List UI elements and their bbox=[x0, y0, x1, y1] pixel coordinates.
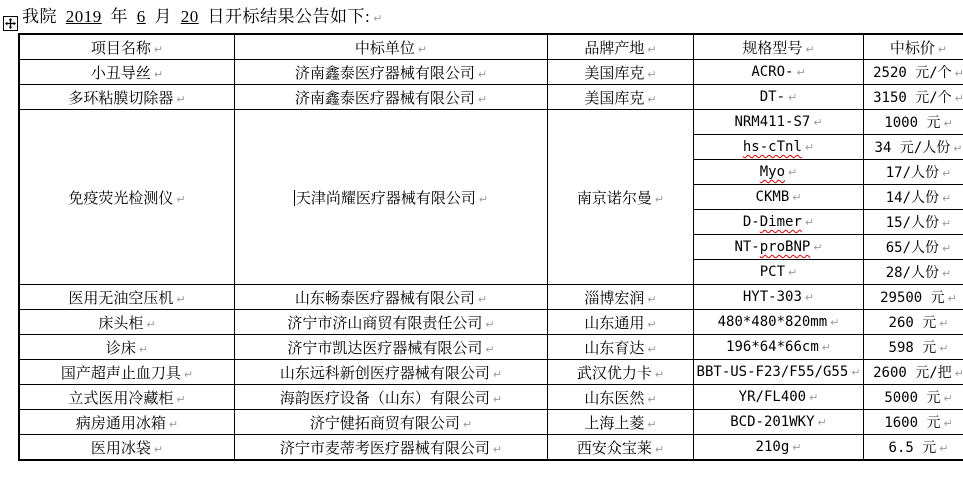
end-of-cell-mark: ↵ bbox=[154, 43, 163, 56]
cell-winning-bidder[interactable]: 济宁市凯达医疗器械有限公司↵ bbox=[235, 335, 548, 360]
cell-text: 山东通用 bbox=[584, 316, 644, 332]
end-of-cell-mark: ↵ bbox=[830, 316, 839, 329]
cell-text: 国产超声止血刀具 bbox=[61, 366, 181, 382]
end-of-cell-mark: ↵ bbox=[493, 393, 502, 406]
cell-project-name[interactable]: 床头柜↵ bbox=[19, 310, 235, 335]
end-of-cell-mark: ↵ bbox=[805, 43, 814, 56]
col-header-project-name[interactable]: 项目名称↵ bbox=[19, 34, 235, 60]
cell-text: 3150 元/个 bbox=[873, 90, 952, 106]
end-of-cell-mark: ↵ bbox=[953, 142, 962, 155]
title-text: 我院 bbox=[22, 7, 62, 26]
cell-project-name[interactable]: 医用冰袋↵ bbox=[19, 435, 235, 461]
cell-text: 济宁市麦蒂考医疗器械有限公司 bbox=[280, 441, 490, 457]
title-text: 年 bbox=[106, 7, 133, 26]
title-text: 月 bbox=[150, 7, 177, 26]
cell-text: 上海上菱 bbox=[584, 416, 644, 432]
cell-text: 17/人份 bbox=[886, 165, 939, 181]
cell-text: 淄博宏润 bbox=[584, 291, 644, 307]
end-of-cell-mark: ↵ bbox=[851, 366, 860, 379]
cell-text: 济南鑫泰医疗器械有限公司 bbox=[295, 91, 475, 107]
end-of-cell-mark: ↵ bbox=[805, 141, 814, 154]
cell-winning-price[interactable]: 65/人份↵ bbox=[864, 235, 963, 260]
cell-brand-origin[interactable]: 南京诺尔曼↵ bbox=[548, 110, 694, 285]
cell-text: 65/人份 bbox=[886, 240, 939, 256]
cell-text: 小丑导丝 bbox=[91, 66, 151, 82]
cell-winning-price[interactable]: 5000 元↵ bbox=[864, 385, 963, 410]
cell-text: 立式医用冷藏柜 bbox=[68, 391, 173, 407]
cell-spec-model[interactable]: YR/FL400↵ bbox=[694, 385, 864, 410]
end-of-cell-mark: ↵ bbox=[955, 92, 963, 105]
cell-text: DT- bbox=[760, 89, 785, 105]
cell-text: 济宁市济山商贸有限责任公司 bbox=[287, 316, 482, 332]
table-move-handle[interactable] bbox=[3, 16, 18, 31]
cell-text: 南京诺尔曼 bbox=[577, 191, 652, 207]
cell-project-name[interactable]: 诊床↵ bbox=[19, 335, 235, 360]
cell-winning-bidder[interactable]: 济南鑫泰医疗器械有限公司↵ bbox=[235, 60, 548, 85]
cell-spec-model[interactable]: HYT-303↵ bbox=[694, 285, 864, 310]
end-of-cell-mark: ↵ bbox=[647, 318, 656, 331]
cell-text: 济南鑫泰医疗器械有限公司 bbox=[295, 66, 475, 82]
cell-winning-price[interactable]: 34 元/人份↵ bbox=[864, 135, 963, 160]
table-row: 免疫荧光检测仪↵天津尚耀医疗器械有限公司↵南京诺尔曼↵NRM411-S7↵100… bbox=[19, 110, 963, 135]
cell-winning-price[interactable]: 28/人份↵ bbox=[864, 260, 963, 285]
end-of-cell-mark: ↵ bbox=[647, 393, 656, 406]
header-row: 项目名称↵中标单位↵品牌产地↵规格型号↵中标价↵ bbox=[19, 34, 963, 60]
end-of-cell-mark: ↵ bbox=[809, 391, 818, 404]
end-of-cell-mark: ↵ bbox=[939, 342, 948, 355]
cell-text: 济宁健拓商贸有限公司 bbox=[310, 416, 460, 432]
end-of-cell-mark: ↵ bbox=[788, 266, 797, 279]
cell-project-name[interactable]: 医用无油空压机↵ bbox=[19, 285, 235, 310]
cell-text: 多环粘膜切除器 bbox=[68, 91, 173, 107]
end-of-cell-mark: ↵ bbox=[942, 192, 951, 205]
document-title[interactable]: 我院 2019 年 6 月 20 日开标结果公告如下:↵ bbox=[22, 2, 383, 26]
table-row: 医用冰袋↵济宁市麦蒂考医疗器械有限公司↵西安众宝莱↵210g↵6.5 元↵ bbox=[19, 435, 963, 461]
end-of-cell-mark: ↵ bbox=[463, 418, 472, 431]
cell-brand-origin[interactable]: 美国库克↵ bbox=[548, 85, 694, 110]
cell-text: 美国库克 bbox=[584, 91, 644, 107]
cell-text: BCD-201WKY bbox=[730, 414, 814, 430]
cell-text: 2520 元/个 bbox=[873, 65, 952, 81]
end-of-cell-mark: ↵ bbox=[939, 442, 948, 455]
spellcheck-underline: hs-cTnl bbox=[743, 139, 802, 155]
title-underlined-value: 6 bbox=[133, 7, 150, 26]
cell-text: 济宁市凯达医疗器械有限公司 bbox=[287, 341, 482, 357]
cell-text: 山东畅泰医疗器械有限公司 bbox=[295, 291, 475, 307]
end-of-cell-mark: ↵ bbox=[647, 68, 656, 81]
cell-winning-price[interactable]: 2600 元/把↵ bbox=[864, 360, 963, 385]
cell-winning-bidder[interactable]: 济宁市济山商贸有限责任公司↵ bbox=[235, 310, 548, 335]
end-of-cell-mark: ↵ bbox=[655, 193, 664, 206]
cell-text: 天津尚耀医疗器械有限公司 bbox=[296, 191, 476, 207]
end-of-cell-mark: ↵ bbox=[942, 167, 951, 180]
end-of-cell-mark: ↵ bbox=[479, 193, 488, 206]
title-underlined-value: 20 bbox=[177, 7, 203, 26]
cell-project-name[interactable]: 立式医用冷藏柜↵ bbox=[19, 385, 235, 410]
cell-brand-origin[interactable]: 武汉优力卡↵ bbox=[548, 360, 694, 385]
table-row: 医用无油空压机↵山东畅泰医疗器械有限公司↵淄博宏润↵HYT-303↵29500 … bbox=[19, 285, 963, 310]
cell-text: HYT-303 bbox=[743, 289, 802, 305]
cell-text: hs-cTnl bbox=[743, 139, 802, 155]
end-of-cell-mark: ↵ bbox=[788, 91, 797, 104]
end-of-cell-mark: ↵ bbox=[943, 392, 952, 405]
cell-text: 260 元 bbox=[889, 315, 937, 331]
col-header-spec-model[interactable]: 规格型号↵ bbox=[694, 34, 864, 60]
cell-spec-model[interactable]: CKMB↵ bbox=[694, 185, 864, 210]
table-row: 立式医用冷藏柜↵海韵医疗设备（山东）有限公司↵山东医然↵YR/FL400↵500… bbox=[19, 385, 963, 410]
cell-text: 6.5 元 bbox=[889, 440, 937, 456]
end-of-cell-mark: ↵ bbox=[943, 417, 952, 430]
cell-spec-model[interactable]: 480*480*820mm↵ bbox=[694, 310, 864, 335]
end-of-cell-mark: ↵ bbox=[948, 292, 957, 305]
cell-spec-model[interactable]: PCT↵ bbox=[694, 260, 864, 285]
cell-winning-bidder[interactable]: 济宁市麦蒂考医疗器械有限公司↵ bbox=[235, 435, 548, 461]
cell-text: 1000 元 bbox=[884, 115, 940, 131]
end-of-cell-mark: ↵ bbox=[139, 343, 148, 356]
cell-text: 196*64*66cm bbox=[726, 339, 819, 355]
cell-winning-price[interactable]: 17/人份↵ bbox=[864, 160, 963, 185]
cell-text: BBT-US-F23/F55/G55 bbox=[697, 364, 849, 380]
end-of-cell-mark: ↵ bbox=[792, 191, 801, 204]
end-of-cell-mark: ↵ bbox=[485, 318, 494, 331]
col-header-winning-bidder[interactable]: 中标单位↵ bbox=[235, 34, 548, 60]
end-of-cell-mark: ↵ bbox=[655, 368, 664, 381]
end-of-cell-mark: ↵ bbox=[647, 418, 656, 431]
cell-text: 山东远科新创医疗器械有限公司 bbox=[280, 366, 490, 382]
cell-text: YR/FL400 bbox=[739, 389, 806, 405]
end-of-cell-mark: ↵ bbox=[647, 43, 656, 56]
cell-text: 29500 元 bbox=[880, 290, 945, 306]
cell-text: NT-proBNP bbox=[734, 239, 810, 255]
end-of-cell-mark: ↵ bbox=[146, 318, 155, 331]
end-of-cell-mark: ↵ bbox=[154, 443, 163, 456]
cell-text: 中标价 bbox=[890, 41, 935, 57]
cell-text: 病房通用冰箱 bbox=[76, 416, 166, 432]
cell-text: 1600 元 bbox=[884, 415, 940, 431]
cell-winning-bidder[interactable]: 济宁健拓商贸有限公司↵ bbox=[235, 410, 548, 435]
table-row: 小丑导丝↵济南鑫泰医疗器械有限公司↵美国库克↵ACRO-↵2520 元/个↵ bbox=[19, 60, 963, 85]
cell-winning-price[interactable]: 1600 元↵ bbox=[864, 410, 963, 435]
cell-text: NRM411-S7 bbox=[734, 114, 810, 130]
cell-text: PCT bbox=[760, 264, 785, 280]
end-of-cell-mark: ↵ bbox=[939, 317, 948, 330]
cell-project-name[interactable]: 国产超声止血刀具↵ bbox=[19, 360, 235, 385]
cell-text: 2600 元/把 bbox=[873, 365, 952, 381]
cell-text: Myo bbox=[760, 164, 785, 180]
end-of-cell-mark: ↵ bbox=[813, 116, 822, 129]
cell-text: 480*480*820mm bbox=[718, 314, 828, 330]
end-of-cell-mark: ↵ bbox=[788, 166, 797, 179]
cell-text: ACRO- bbox=[751, 64, 793, 80]
cell-text: 规格型号 bbox=[742, 41, 802, 57]
end-of-cell-mark: ↵ bbox=[818, 416, 827, 429]
title-text: 日开标结果公告如下: bbox=[203, 7, 370, 26]
cell-brand-origin[interactable]: 山东育达↵ bbox=[548, 335, 694, 360]
end-of-cell-mark: ↵ bbox=[805, 216, 814, 229]
cell-text: 34 元/人份 bbox=[875, 140, 951, 156]
end-of-cell-mark: ↵ bbox=[792, 441, 801, 454]
cell-winning-bidder[interactable]: 天津尚耀医疗器械有限公司↵ bbox=[235, 110, 548, 285]
cell-winning-price[interactable]: 1000 元↵ bbox=[864, 110, 963, 135]
col-header-winning-price[interactable]: 中标价↵ bbox=[864, 34, 963, 60]
end-of-cell-mark: ↵ bbox=[813, 241, 822, 254]
cell-winning-bidder[interactable]: 海韵医疗设备（山东）有限公司↵ bbox=[235, 385, 548, 410]
table-row: 诊床↵济宁市凯达医疗器械有限公司↵山东育达↵196*64*66cm↵598 元↵ bbox=[19, 335, 963, 360]
cell-spec-model[interactable]: BBT-US-F23/F55/G55↵ bbox=[694, 360, 864, 385]
cell-text: 品牌产地 bbox=[584, 41, 644, 57]
cell-project-name[interactable]: 病房通用冰箱↵ bbox=[19, 410, 235, 435]
end-of-cell-mark: ↵ bbox=[169, 418, 178, 431]
cell-brand-origin[interactable]: 淄博宏润↵ bbox=[548, 285, 694, 310]
cell-winning-price[interactable]: 29500 元↵ bbox=[864, 285, 963, 310]
end-of-cell-mark: ↵ bbox=[955, 67, 963, 80]
end-of-cell-mark: ↵ bbox=[822, 341, 831, 354]
end-of-cell-mark: ↵ bbox=[938, 43, 947, 56]
cell-winning-bidder[interactable]: 山东远科新创医疗器械有限公司↵ bbox=[235, 360, 548, 385]
cell-text: D-Dimer bbox=[743, 214, 802, 230]
cell-winning-price[interactable]: 14/人份↵ bbox=[864, 185, 963, 210]
end-of-cell-mark: ↵ bbox=[942, 267, 951, 280]
end-of-cell-mark: ↵ bbox=[418, 43, 427, 56]
move-arrows-icon bbox=[5, 18, 16, 29]
title-underlined-value: 2019 bbox=[62, 7, 106, 26]
end-of-cell-mark: ↵ bbox=[184, 368, 193, 381]
cell-winning-bidder[interactable]: 山东畅泰医疗器械有限公司↵ bbox=[235, 285, 548, 310]
end-of-cell-mark: ↵ bbox=[655, 443, 664, 456]
end-of-cell-mark: ↵ bbox=[647, 93, 656, 106]
cell-project-name[interactable]: 小丑导丝↵ bbox=[19, 60, 235, 85]
end-of-cell-mark: ↵ bbox=[943, 117, 952, 130]
cell-text: 美国库克 bbox=[584, 66, 644, 82]
end-of-cell-mark: ↵ bbox=[478, 93, 487, 106]
cell-text: 诊床 bbox=[106, 341, 136, 357]
end-of-cell-mark: ↵ bbox=[796, 66, 805, 79]
spellcheck-underline: Myo bbox=[760, 164, 785, 180]
cell-text: 医用冰袋 bbox=[91, 441, 151, 457]
end-of-cell-mark: ↵ bbox=[805, 291, 814, 304]
cell-brand-origin[interactable]: 山东医然↵ bbox=[548, 385, 694, 410]
cell-brand-origin[interactable]: 西安众宝莱↵ bbox=[548, 435, 694, 461]
cell-text: 山东医然 bbox=[584, 391, 644, 407]
end-of-cell-mark: ↵ bbox=[485, 343, 494, 356]
cell-winning-price[interactable]: 260 元↵ bbox=[864, 310, 963, 335]
cell-text: 5000 元 bbox=[884, 390, 940, 406]
end-of-cell-mark: ↵ bbox=[373, 12, 383, 25]
cell-text: 床头柜 bbox=[98, 316, 143, 332]
cell-text: 598 元 bbox=[889, 340, 937, 356]
cell-winning-price[interactable]: 6.5 元↵ bbox=[864, 435, 963, 461]
end-of-cell-mark: ↵ bbox=[942, 217, 951, 230]
cell-text: 西安众宝莱 bbox=[577, 441, 652, 457]
cell-spec-model[interactable]: DT-↵ bbox=[694, 85, 864, 110]
cell-spec-model[interactable]: ACRO-↵ bbox=[694, 60, 864, 85]
cell-spec-model[interactable]: Myo↵ bbox=[694, 160, 864, 185]
cell-text: 武汉优力卡 bbox=[577, 366, 652, 382]
cell-winning-bidder[interactable]: 济南鑫泰医疗器械有限公司↵ bbox=[235, 85, 548, 110]
cell-text: 免疫荧光检测仪 bbox=[68, 191, 173, 207]
end-of-cell-mark: ↵ bbox=[176, 393, 185, 406]
end-of-cell-mark: ↵ bbox=[942, 242, 951, 255]
document-page: { "title": { "segments": [ {"t": "我院 "},… bbox=[0, 0, 963, 483]
cell-spec-model[interactable]: hs-cTnl↵ bbox=[694, 135, 864, 160]
cell-spec-model[interactable]: D-Dimer↵ bbox=[694, 210, 864, 235]
cell-spec-model[interactable]: NRM411-S7↵ bbox=[694, 110, 864, 135]
table-row: 多环粘膜切除器↵济南鑫泰医疗器械有限公司↵美国库克↵DT-↵3150 元/个↵ bbox=[19, 85, 963, 110]
cell-text: 28/人份 bbox=[886, 265, 939, 281]
cell-winning-price[interactable]: 2520 元/个↵ bbox=[864, 60, 963, 85]
table-body: 小丑导丝↵济南鑫泰医疗器械有限公司↵美国库克↵ACRO-↵2520 元/个↵多环… bbox=[19, 60, 963, 461]
cell-text: 中标单位 bbox=[355, 41, 415, 57]
text-cursor bbox=[294, 190, 295, 206]
cell-text: 14/人份 bbox=[886, 190, 939, 206]
table-row: 床头柜↵济宁市济山商贸有限责任公司↵山东通用↵480*480*820mm↵260… bbox=[19, 310, 963, 335]
cell-winning-price[interactable]: 3150 元/个↵ bbox=[864, 85, 963, 110]
cell-text: 210g bbox=[756, 439, 790, 455]
cell-text: 项目名称 bbox=[91, 41, 151, 57]
end-of-cell-mark: ↵ bbox=[493, 368, 502, 381]
end-of-cell-mark: ↵ bbox=[478, 293, 487, 306]
end-of-cell-mark: ↵ bbox=[955, 367, 963, 380]
table-row: 国产超声止血刀具↵山东远科新创医疗器械有限公司↵武汉优力卡↵BBT-US-F23… bbox=[19, 360, 963, 385]
bid-results-table: 项目名称↵中标单位↵品牌产地↵规格型号↵中标价↵ 小丑导丝↵济南鑫泰医疗器械有限… bbox=[18, 33, 963, 461]
cell-spec-model[interactable]: 196*64*66cm↵ bbox=[694, 335, 864, 360]
end-of-cell-mark: ↵ bbox=[647, 343, 656, 356]
cell-text: CKMB bbox=[756, 189, 790, 205]
end-of-cell-mark: ↵ bbox=[478, 68, 487, 81]
cell-spec-model[interactable]: NT-proBNP↵ bbox=[694, 235, 864, 260]
col-header-brand-origin[interactable]: 品牌产地↵ bbox=[548, 34, 694, 60]
cell-spec-model[interactable]: BCD-201WKY↵ bbox=[694, 410, 864, 435]
cell-spec-model[interactable]: 210g↵ bbox=[694, 435, 864, 461]
cell-brand-origin[interactable]: 上海上菱↵ bbox=[548, 410, 694, 435]
cell-brand-origin[interactable]: 美国库克↵ bbox=[548, 60, 694, 85]
end-of-cell-mark: ↵ bbox=[176, 293, 185, 306]
spellcheck-underline: Dimer bbox=[760, 214, 802, 230]
end-of-cell-mark: ↵ bbox=[176, 93, 185, 106]
cell-text: 15/人份 bbox=[886, 215, 939, 231]
cell-project-name[interactable]: 多环粘膜切除器↵ bbox=[19, 85, 235, 110]
cell-brand-origin[interactable]: 山东通用↵ bbox=[548, 310, 694, 335]
table-row: 病房通用冰箱↵济宁健拓商贸有限公司↵上海上菱↵BCD-201WKY↵1600 元… bbox=[19, 410, 963, 435]
cell-winning-price[interactable]: 15/人份↵ bbox=[864, 210, 963, 235]
end-of-cell-mark: ↵ bbox=[154, 68, 163, 81]
spellcheck-underline: proBNP bbox=[760, 239, 811, 255]
cell-winning-price[interactable]: 598 元↵ bbox=[864, 335, 963, 360]
end-of-cell-mark: ↵ bbox=[647, 293, 656, 306]
cell-text: 医用无油空压机 bbox=[68, 291, 173, 307]
end-of-cell-mark: ↵ bbox=[176, 193, 185, 206]
cell-project-name[interactable]: 免疫荧光检测仪↵ bbox=[19, 110, 235, 285]
cell-text: 山东育达 bbox=[584, 341, 644, 357]
end-of-cell-mark: ↵ bbox=[493, 443, 502, 456]
cell-text: 海韵医疗设备（山东）有限公司 bbox=[280, 391, 490, 407]
